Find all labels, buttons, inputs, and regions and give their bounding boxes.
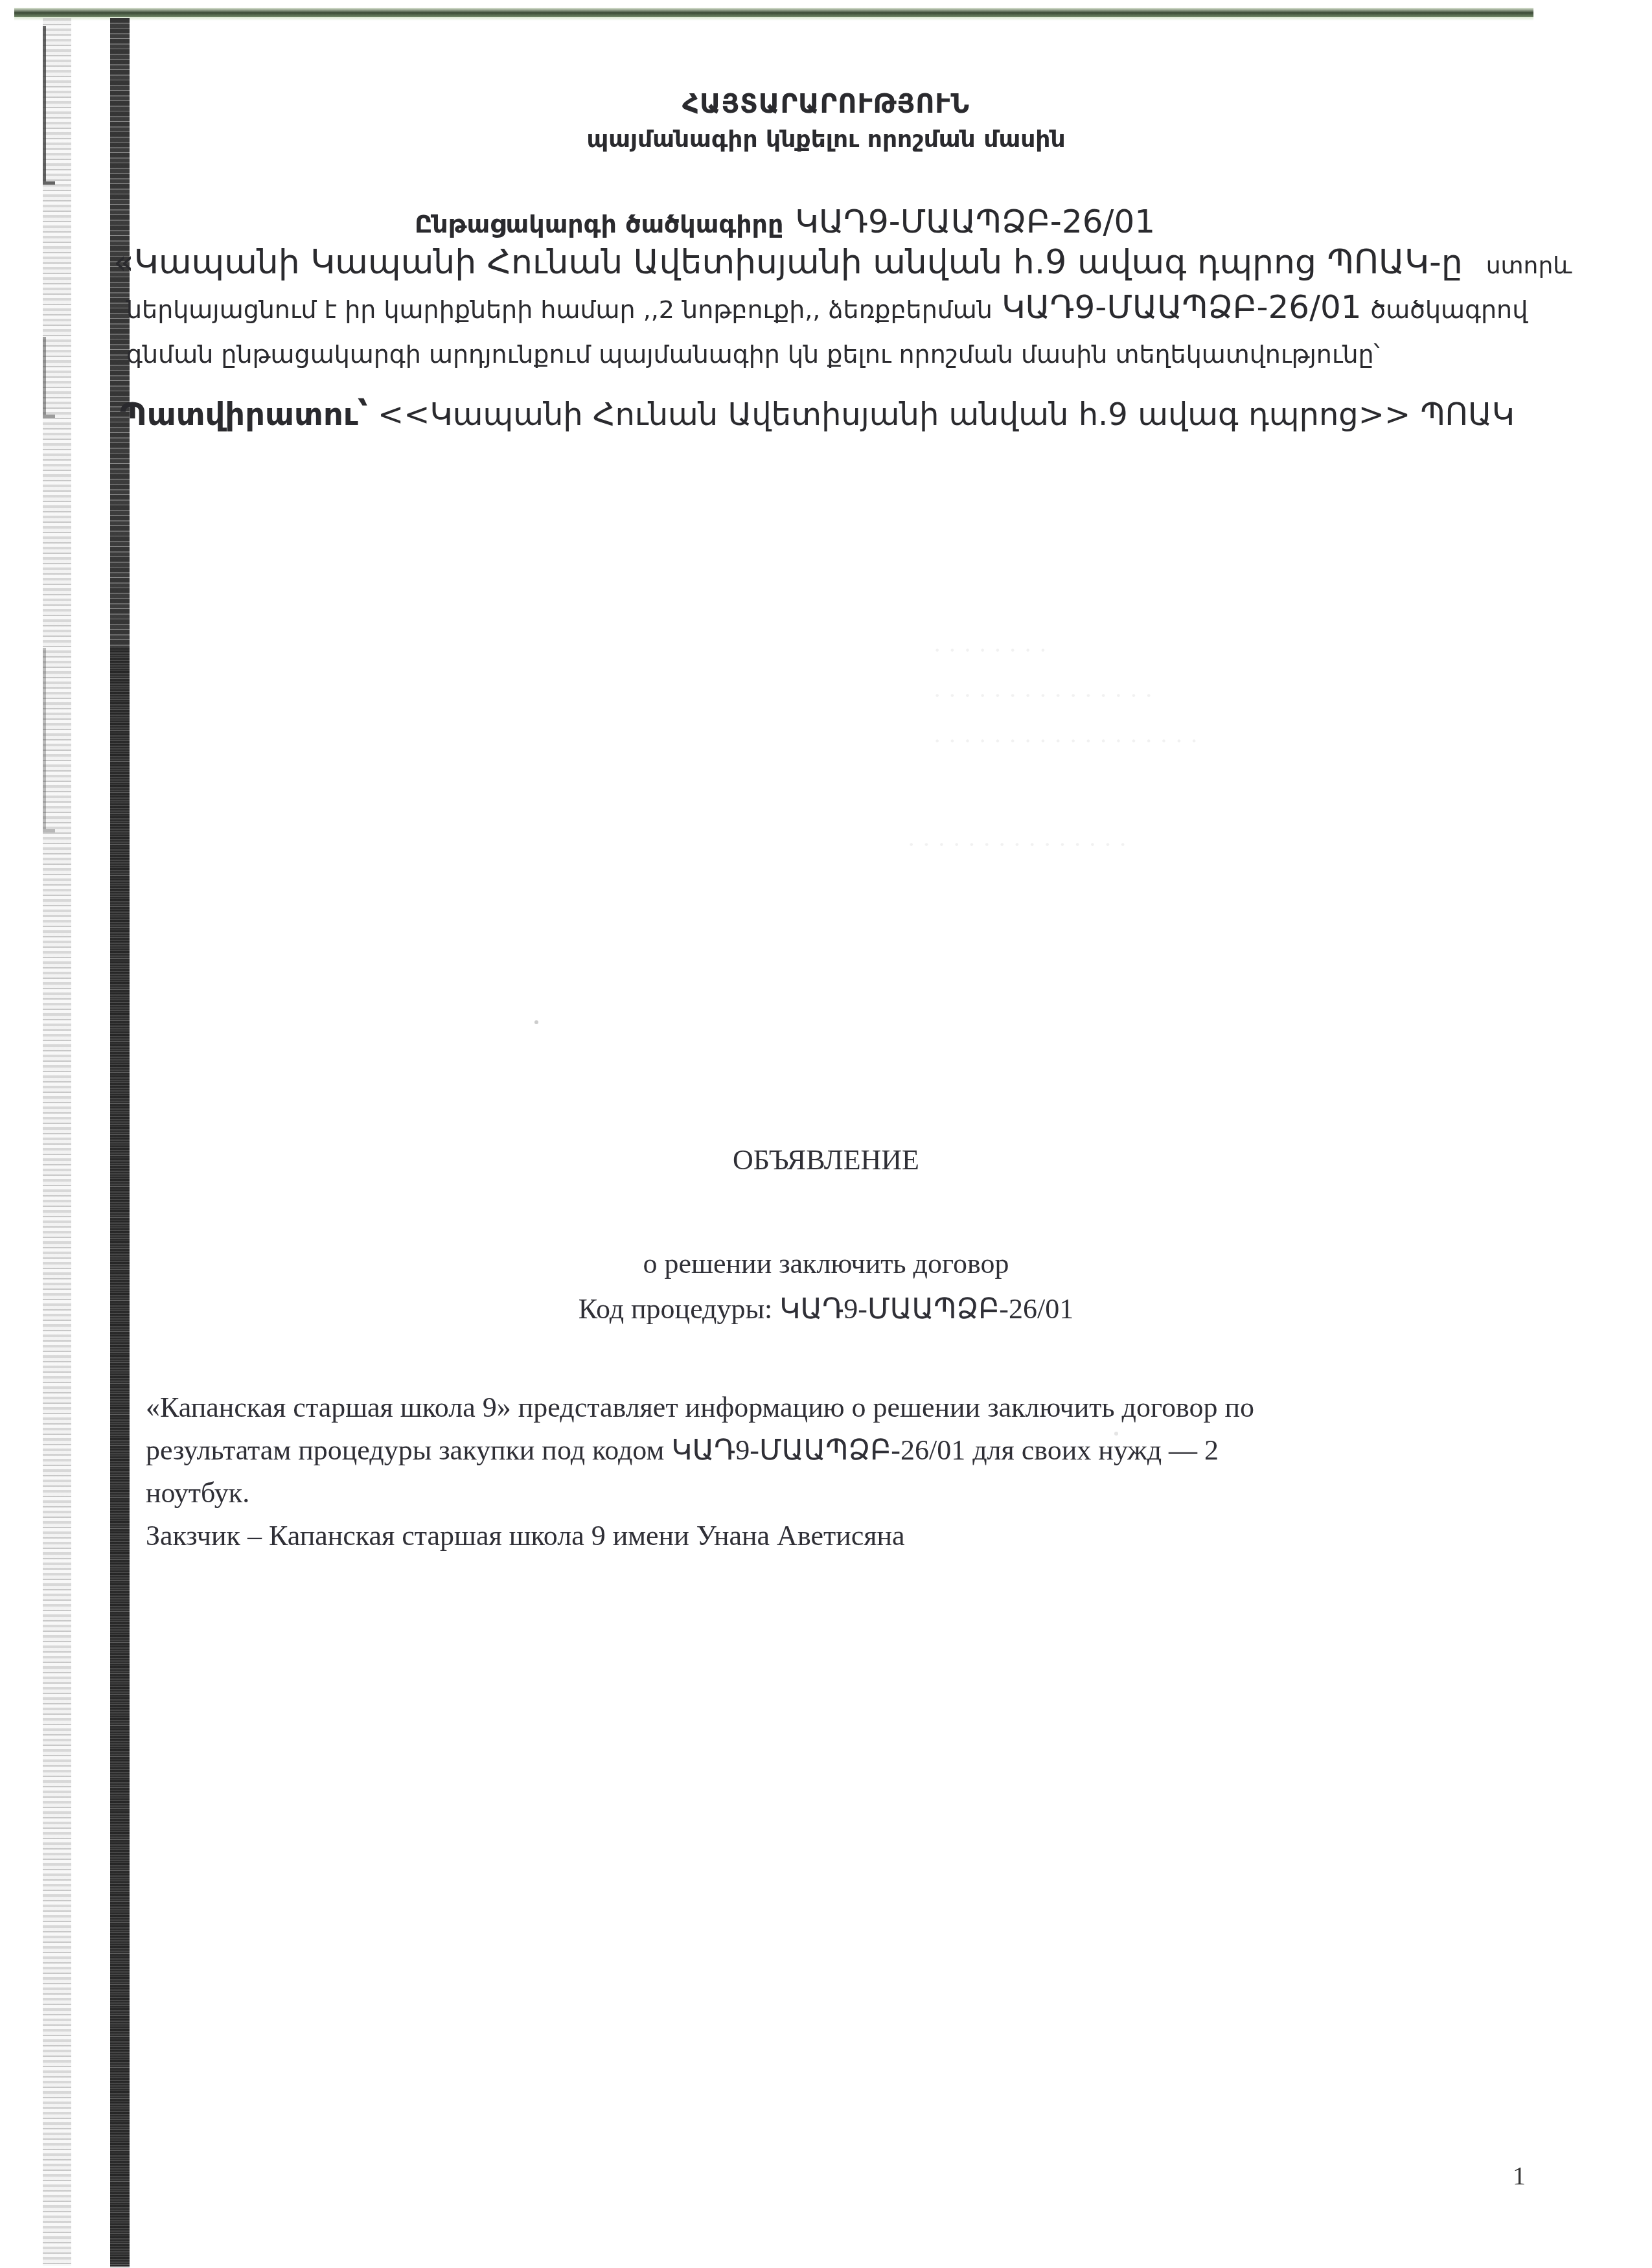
show-through-text: · · · · · · · · · · · · · · · [907, 829, 1127, 860]
paragraph-line-2-start: ներկայացնում է իր կարիքների համար ,,2 նո… [126, 295, 992, 324]
armenian-title: ՀԱՅՏԱՐԱՐՈՒԹՅՈՒՆ [0, 89, 1652, 119]
show-through-text: · · · · · · · · [933, 635, 1048, 665]
russian-body: «Капанская старшая школа 9» представляет… [146, 1386, 1493, 1557]
show-through-text: · · · · · · · · · · · · · · · [933, 680, 1153, 711]
scan-binding-strip-dark-lower [110, 648, 130, 2267]
russian-title: ОБЪЯВЛЕНИЕ [0, 1143, 1652, 1176]
paragraph-line-2-end: ծածկագրով [1371, 295, 1528, 324]
scan-top-border [14, 8, 1533, 17]
russian-body-line: ноутбук. [146, 1472, 1493, 1515]
paragraph-line-1-main: «Կապանի Կապանի Հունան Ավետիսյանի անվան հ… [113, 243, 1463, 282]
armenian-confirmer: Պատվիրատու՝ <<Կապանի Հունան Ավետիսյանի ա… [120, 396, 1515, 433]
procedure-code-label: Ընթացակարգի ծածկագիրը [415, 210, 783, 238]
confirmer-label: Պատվիրատու՝ [120, 396, 368, 433]
russian-body-line: результатам процедуры закупки под кодом … [146, 1429, 1493, 1472]
armenian-paragraph-line-2: ներկայացնում է իր կարիքների համար ,,2 նո… [126, 288, 1528, 326]
paragraph-line-1-tail: ստորև [1486, 253, 1572, 279]
russian-body-line: Закзчик – Капанская старшая школа 9 имен… [146, 1515, 1493, 1557]
scan-speck [534, 1020, 538, 1024]
scan-binding-marks [43, 648, 55, 832]
armenian-subtitle: պայմանագիր կնքելու որոշման մասին [0, 126, 1652, 153]
russian-body-line: «Капанская старшая школа 9» представляет… [146, 1386, 1493, 1429]
show-through-text: · · · · · · · · · · · · · · · · · · [933, 726, 1199, 756]
armenian-paragraph-line-3: գնման ընթացակարգի արդյունքում պայմանագիր… [126, 340, 1380, 369]
russian-procedure-code: Код процедуры: ԿԱԴ9-ՄԱԱՊՁԲ-26/01 [0, 1292, 1652, 1325]
confirmer-value: <<Կապանի Հունան Ավետիսյանի անվան հ.9 ավա… [378, 396, 1515, 433]
scan-top-border-shadow [14, 17, 1533, 21]
armenian-paragraph-line-1: «Կապանի Կապանի Հունան Ավետիսյանի անվան հ… [113, 243, 1572, 282]
armenian-procedure-code-row: Ընթացակարգի ծածկագիրըԿԱԴ9-ՄԱԱՊՁԲ-26/01 [415, 203, 1155, 240]
procedure-code-value: ԿԱԴ9-ՄԱԱՊՁԲ-26/01 [795, 203, 1155, 240]
paragraph-line-2-code: ԿԱԴ9-ՄԱԱՊՁԲ-26/01 [1002, 288, 1362, 326]
russian-subtitle: о решении заключить договор [0, 1247, 1652, 1280]
page-number: 1 [1513, 2160, 1526, 2191]
scan-binding-marks [43, 337, 55, 418]
